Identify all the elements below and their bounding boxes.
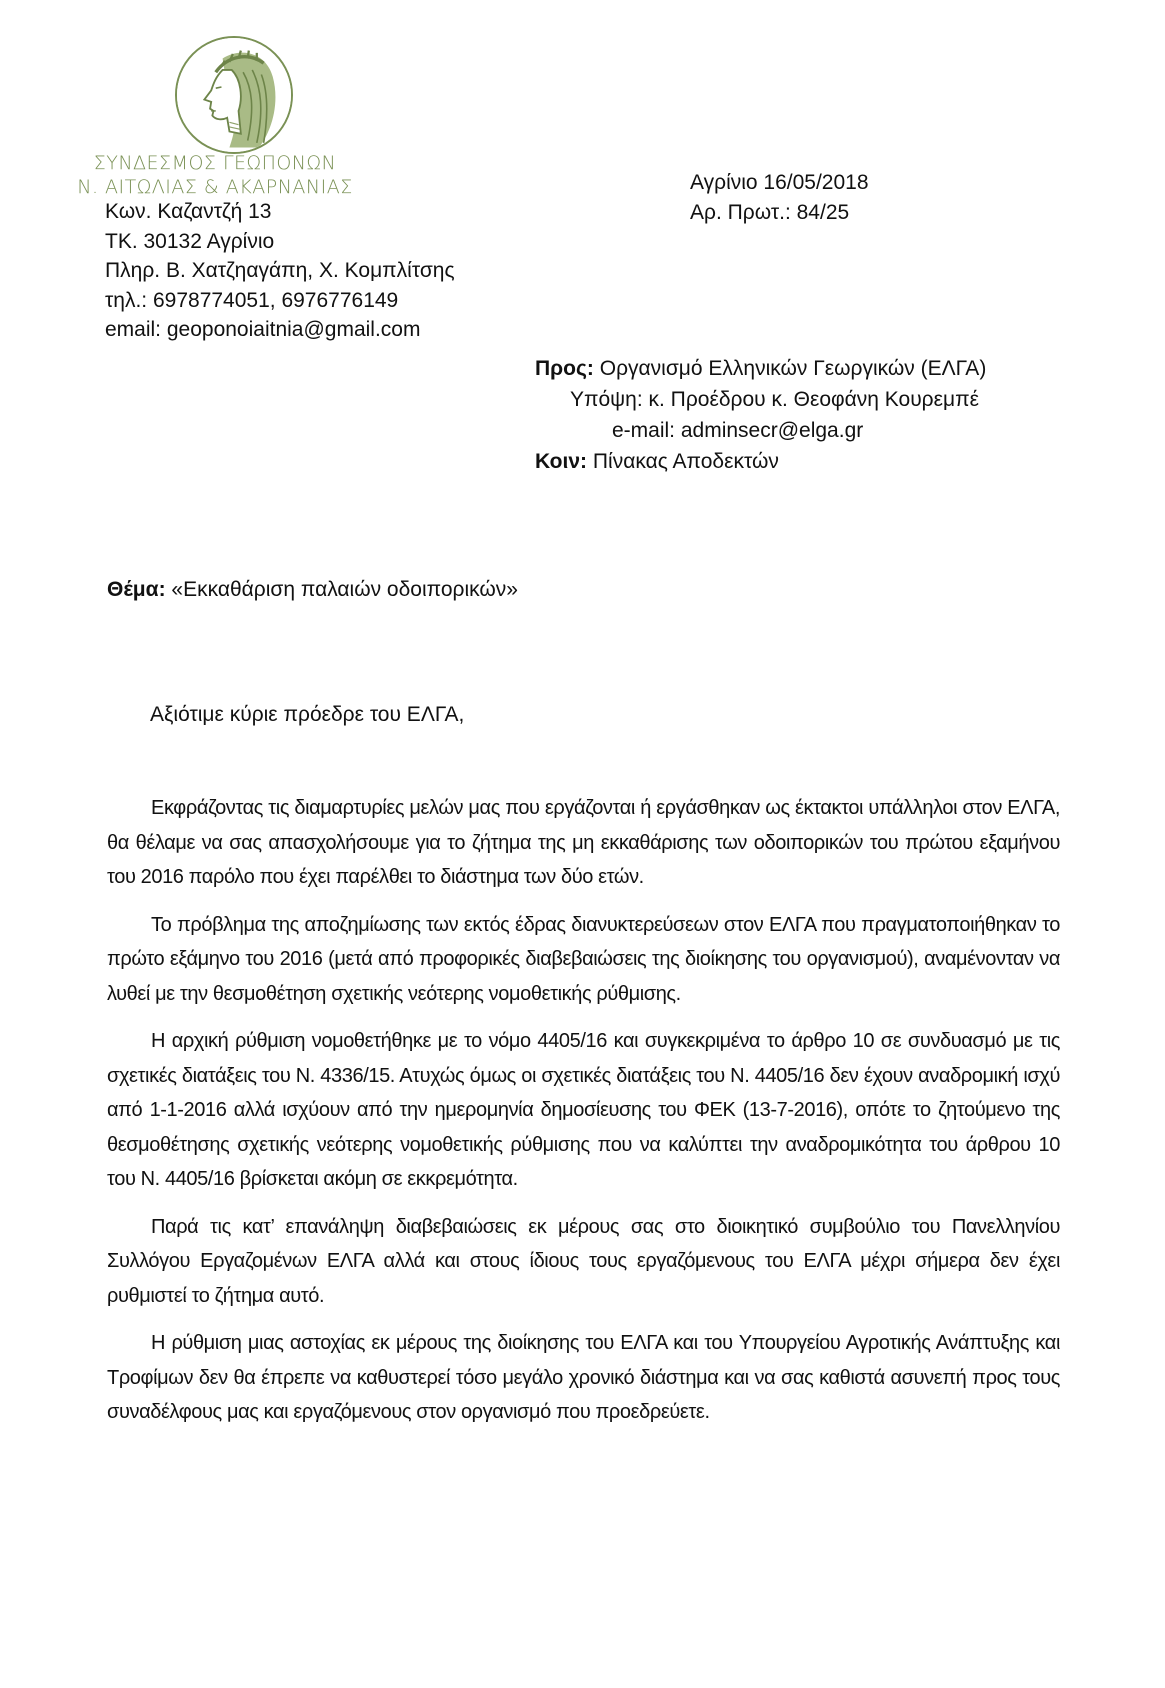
body-paragraph: Η αρχική ρύθμιση νομοθετήθηκε με το νόμο… xyxy=(107,1024,1060,1197)
recipients-block: Προς: Οργανισμό Ελληνικών Γεωργικών (ΕΛΓ… xyxy=(535,353,986,477)
letterhead-logo: ΣΥΝΔΕΣΜΟΣ ΓΕΩΠΟΝΩΝ Ν. ΑΙΤΩΛΙΑΣ & ΑΚΑΡΝΑΝ… xyxy=(65,14,365,189)
subject-value: «Εκκαθάριση παλαιών οδοιπορικών» xyxy=(171,578,518,601)
protocol-number: Αρ. Πρωτ.: 84/25 xyxy=(690,198,869,228)
body-paragraph: Παρά τις κατ’ επανάληψη διαβεβαιώσεις εκ… xyxy=(107,1210,1060,1314)
recipient-attention: Υπόψη: κ. Προέδρου κ. Θεοφάνη Κουρεμπέ xyxy=(535,384,986,415)
subject-line: Θέμα: «Εκκαθάριση παλαιών οδοιπορικών» xyxy=(107,578,518,602)
recipient-cc-label: Κοιν: xyxy=(535,450,587,473)
letter-meta: Αγρίνιο 16/05/2018 Αρ. Πρωτ.: 84/25 xyxy=(690,168,869,227)
recipient-email: e-mail: adminsecr@elga.gr xyxy=(535,415,986,446)
salutation: Αξιότιμε κύριε πρόεδρε του ΕΛΓΑ, xyxy=(150,703,464,727)
sender-postcode-city: ΤΚ. 30132 Αγρίνιο xyxy=(105,227,455,257)
sender-block: Κων. Καζαντζή 13 ΤΚ. 30132 Αγρίνιο Πληρ.… xyxy=(105,197,455,345)
sender-address: Κων. Καζαντζή 13 xyxy=(105,197,455,227)
sender-contact-persons: Πληρ. Β. Χατζηαγάπη, Χ. Κομπλίτσης xyxy=(105,256,455,286)
recipient-to-value: Οργανισμό Ελληνικών Γεωργικών (ΕΛΓΑ) xyxy=(600,357,987,380)
org-name-line1: ΣΥΝΔΕΣΜΟΣ ΓΕΩΠΟΝΩΝ xyxy=(65,152,365,174)
sender-email: email: geoponoiaitnia@gmail.com xyxy=(105,315,455,345)
recipient-to-label: Προς: xyxy=(535,357,594,380)
letter-body: Εκφράζοντας τις διαμαρτυρίες μελών μας π… xyxy=(107,791,1060,1443)
body-paragraph: Η ρύθμιση μιας αστοχίας εκ μέρους της δι… xyxy=(107,1326,1060,1430)
org-name-line2: Ν. ΑΙΤΩΛΙΑΣ & ΑΚΑΡΝΑΝΙΑΣ xyxy=(65,176,365,198)
goddess-head-emblem-icon xyxy=(175,36,293,154)
place-date: Αγρίνιο 16/05/2018 xyxy=(690,168,869,198)
body-paragraph: Εκφράζοντας τις διαμαρτυρίες μελών μας π… xyxy=(107,791,1060,895)
sender-phones: τηλ.: 6978774051, 6976776149 xyxy=(105,286,455,316)
subject-label: Θέμα: xyxy=(107,578,166,601)
body-paragraph: Το πρόβλημα της αποζημίωσης των εκτός έδ… xyxy=(107,908,1060,1012)
recipient-cc: Κοιν: Πίνακας Αποδεκτών xyxy=(535,446,986,477)
recipient-cc-value: Πίνακας Αποδεκτών xyxy=(593,450,779,473)
recipient-to: Προς: Οργανισμό Ελληνικών Γεωργικών (ΕΛΓ… xyxy=(535,353,986,384)
